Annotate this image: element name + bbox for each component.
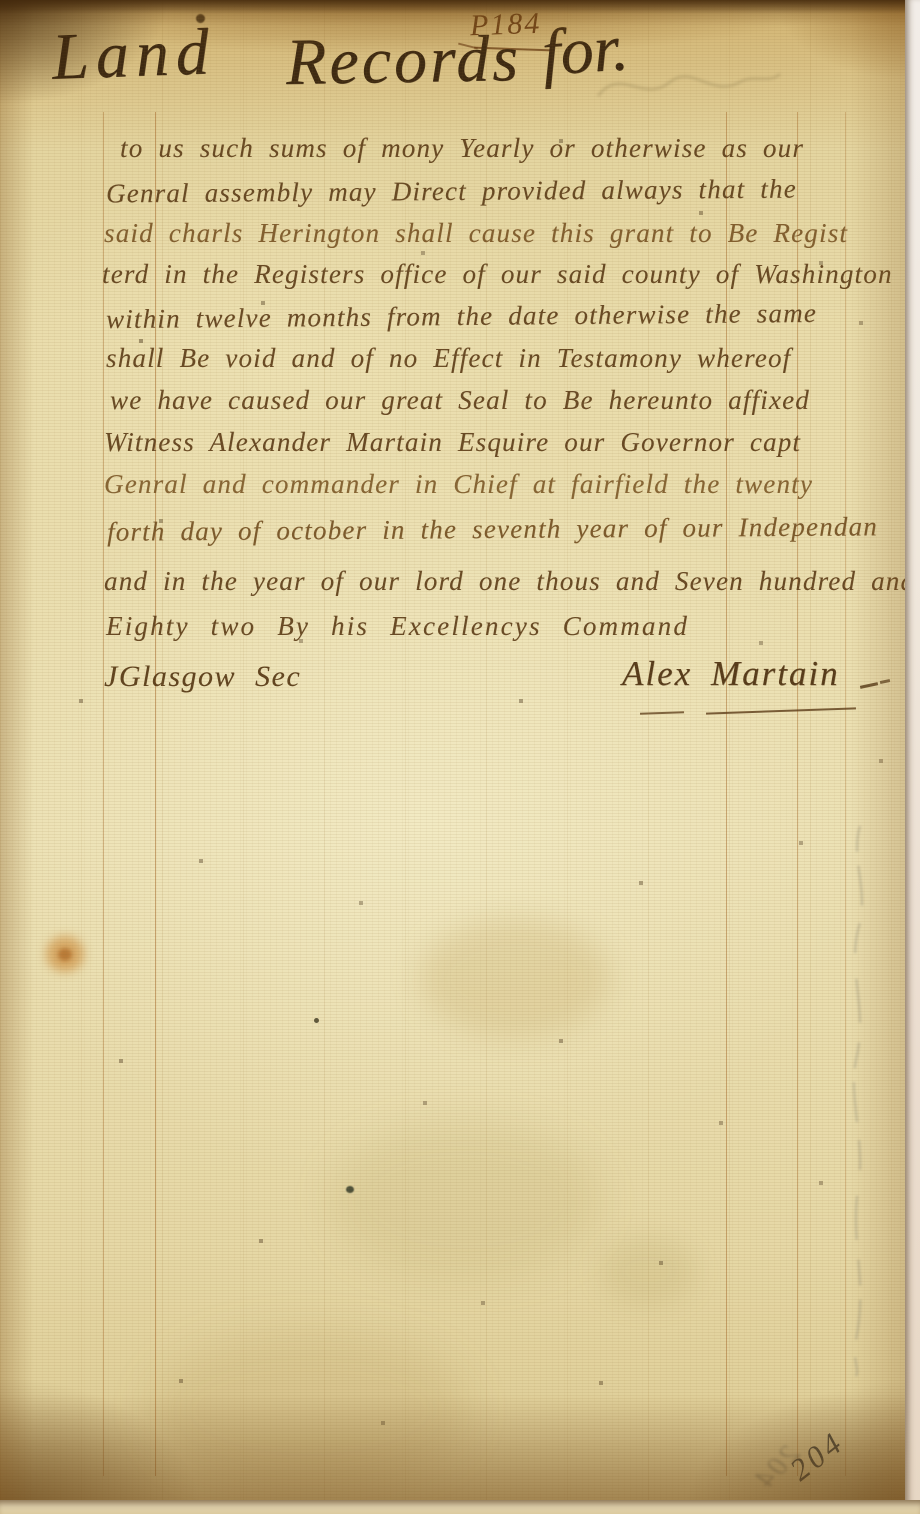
paper-stain [58, 948, 72, 961]
paper-stain [330, 1120, 600, 1280]
signature-flourish [880, 679, 890, 684]
header-title-word: Records [285, 26, 521, 96]
manuscript-line: forth day of october in the seventh year… [107, 511, 878, 547]
manuscript-line: terd in the Registers office of our said… [102, 259, 893, 290]
governor-signature: Alex Martain [622, 654, 840, 694]
manuscript-line: Genral and commander in Chief at fairfie… [104, 469, 813, 500]
manuscript-line: we have caused our great Seal to Be here… [110, 385, 810, 416]
margin-rule-line [845, 112, 846, 1476]
margin-rule-line [103, 112, 104, 1476]
ink-speck [314, 1018, 319, 1023]
manuscript-line: and in the year of our lord one thous an… [104, 566, 915, 597]
header-title-word: for. [540, 15, 631, 87]
header-title-word: Land [51, 19, 217, 91]
adjacent-page-edge-bottom [0, 1500, 920, 1514]
manuscript-line: Genral assembly may Direct provided alwa… [106, 174, 797, 210]
secretary-signature: JGlasgow Sec [104, 660, 301, 694]
ink-speck [346, 1186, 354, 1193]
manuscript-line: to us such sums of mony Yearly or otherw… [120, 133, 804, 164]
page-number-stamp: 204 [783, 1424, 851, 1488]
adjacent-page-edge-right [905, 0, 920, 1514]
page-top-edge [0, 0, 907, 14]
paper-specks [0, 0, 2, 2]
signature-flourish [860, 682, 878, 689]
manuscript-line: within twelve months from the date other… [106, 298, 817, 335]
paper-stain [420, 918, 610, 1038]
bleed-through-mark [842, 820, 878, 1380]
manuscript-line: Witness Alexander Martain Esquire our Go… [104, 427, 801, 458]
paper-stain [150, 1330, 470, 1490]
paper-stain [600, 1236, 696, 1306]
manuscript-line: Eighty two By his Excellencys Command [106, 611, 689, 642]
signature-underline [640, 711, 684, 715]
scanned-manuscript-page: P184 Land Records for. to us such sums o… [0, 0, 920, 1514]
paper-stain [46, 936, 84, 972]
signature-underline [706, 707, 856, 714]
manuscript-line: said charls Herington shall cause this g… [104, 218, 848, 249]
manuscript-line: shall Be void and of no Effect in Testam… [106, 343, 791, 374]
